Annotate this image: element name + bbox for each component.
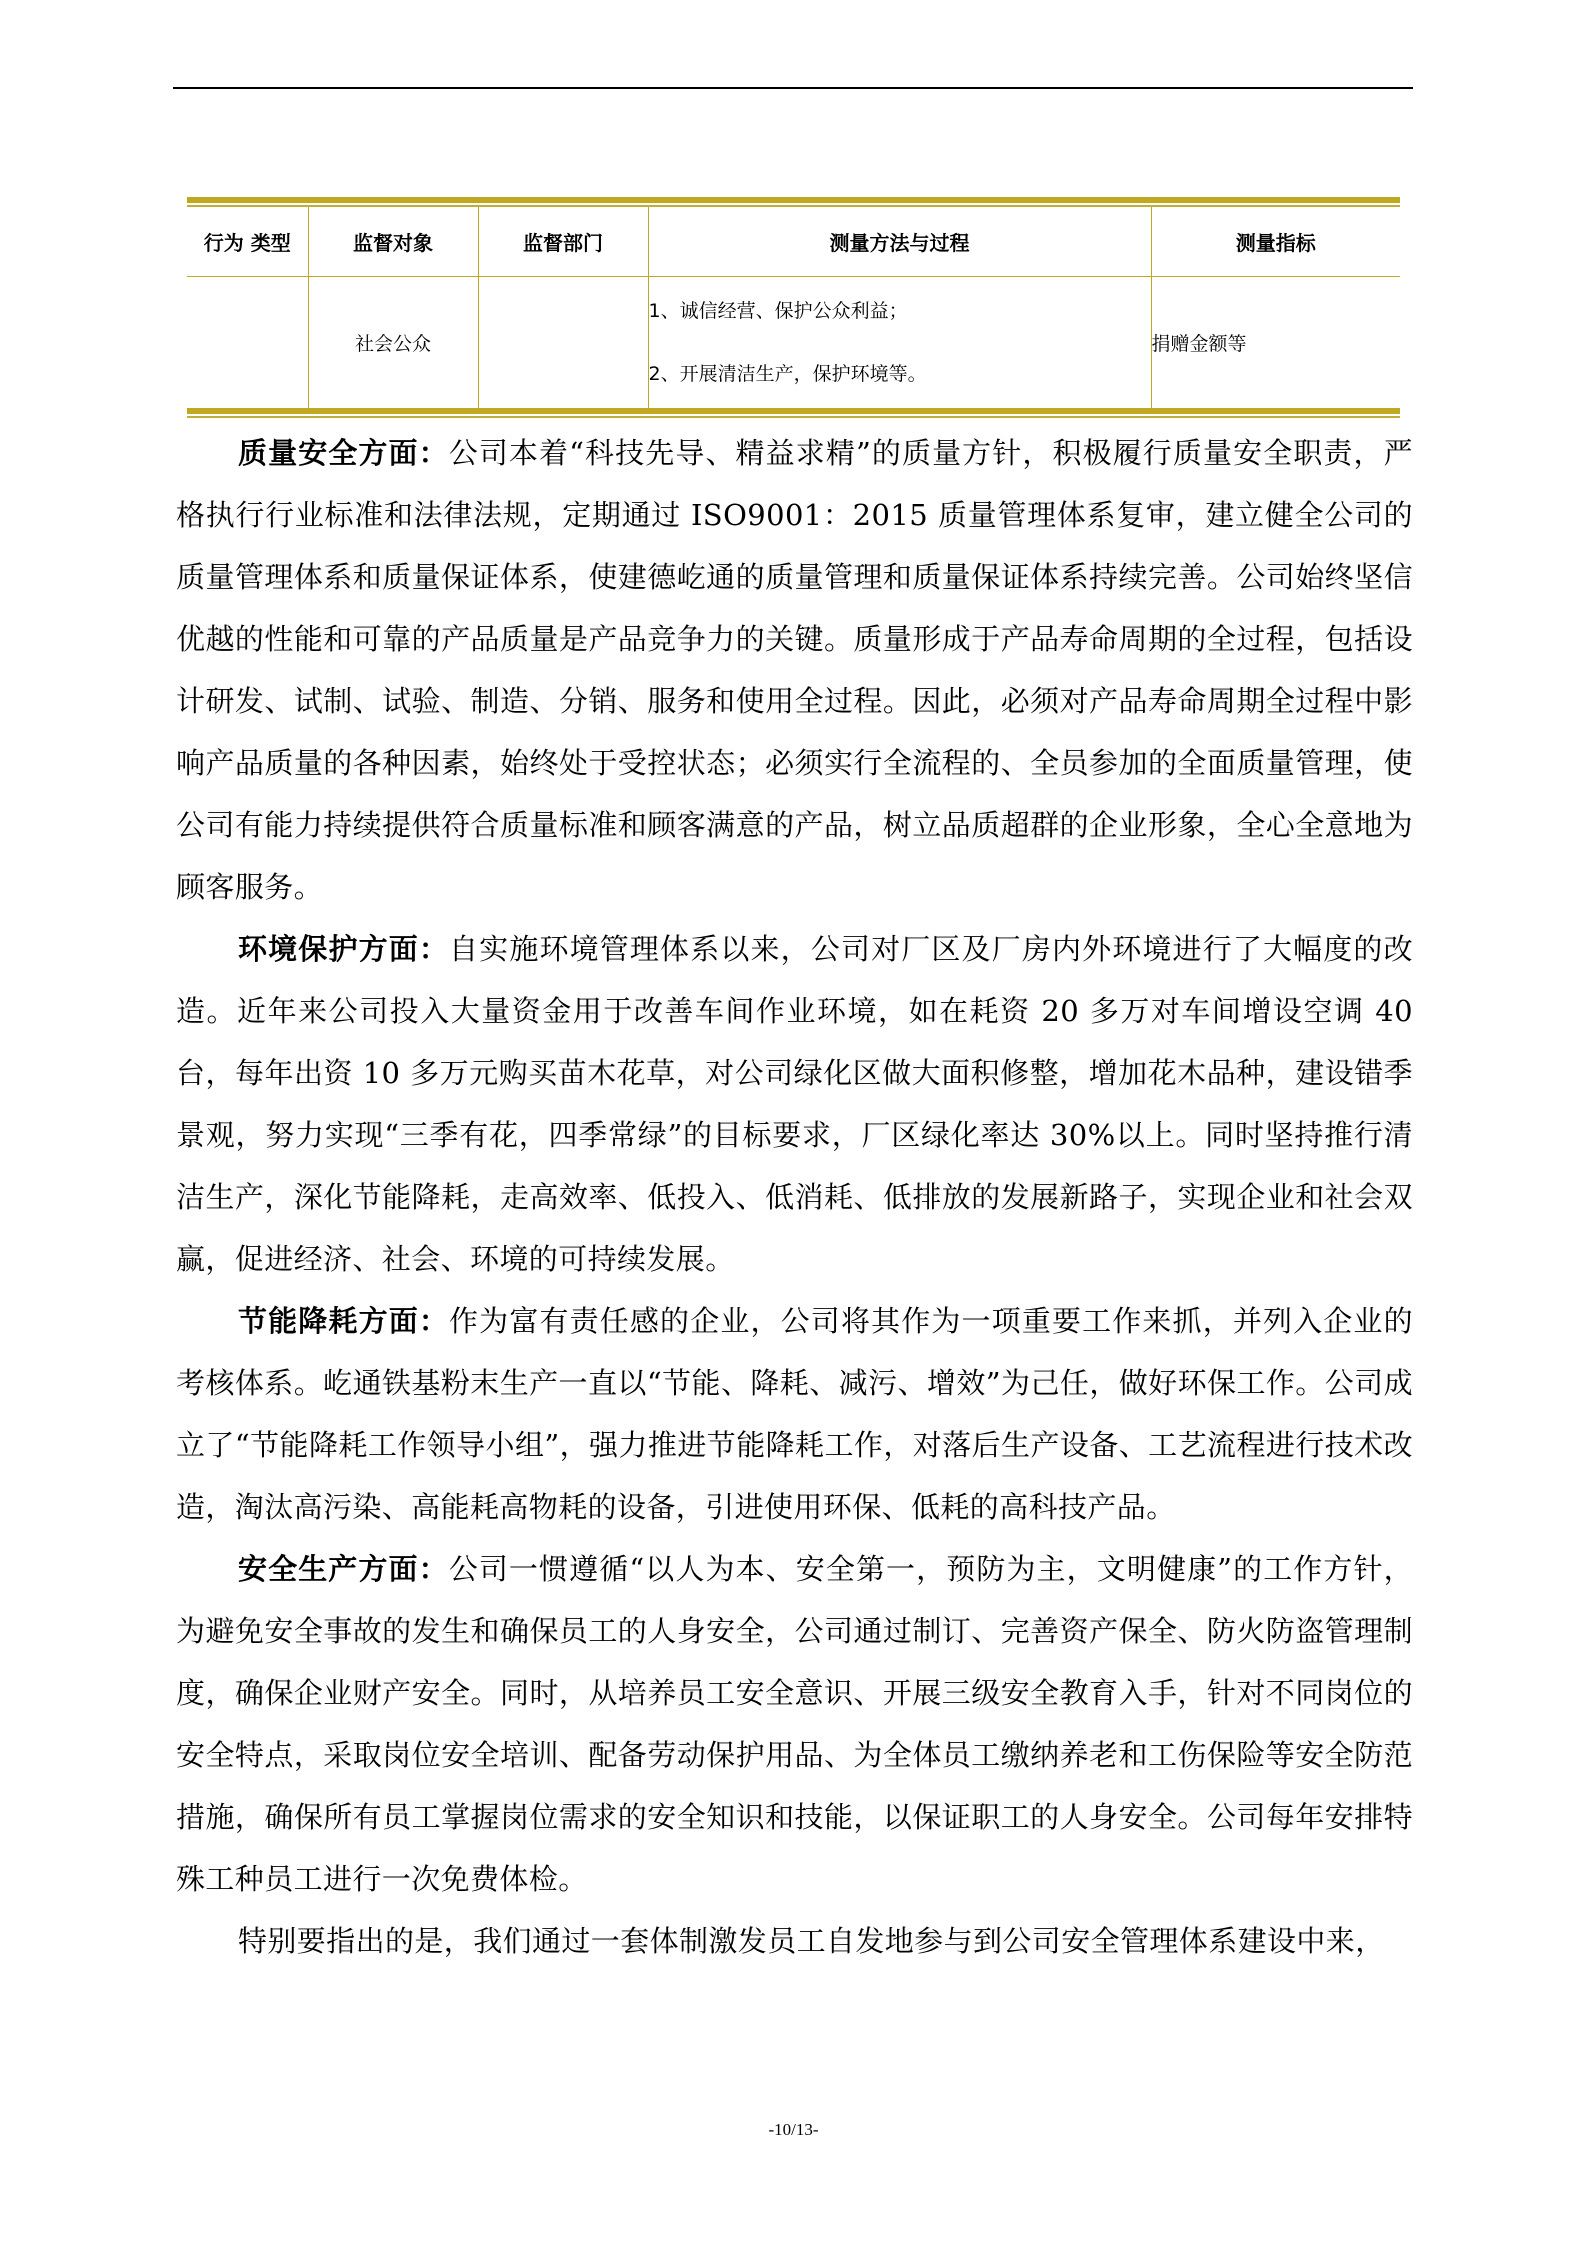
header-metric: 测量指标	[1151, 207, 1400, 277]
body-text: 质量安全方面：公司本着“科技先导、精益求精”的质量方针，积极履行质量安全职责，严…	[176, 422, 1413, 1972]
paragraph-environment: 环境保护方面：自实施环境管理体系以来，公司对厂区及厂房内外环境进行了大幅度的改造…	[176, 918, 1413, 1290]
paragraph-special-note: 特别要指出的是，我们通过一套体制激发员工自发地参与到公司安全管理体系建设中来，	[176, 1910, 1413, 1972]
header-rule	[173, 87, 1413, 89]
cell-supervising-dept	[478, 277, 648, 409]
paragraph-production-safety: 安全生产方面：公司一惯遵循“以人为本、安全第一，预防为主，文明健康”的工作方针，…	[176, 1538, 1413, 1910]
table-row: 社会公众 1、诚信经营、保护公众利益； 2、开展清洁生产，保护环境等。 捐赠金额…	[187, 277, 1400, 409]
table-header-row: 行为 类型 监督对象 监督部门 测量方法与过程 测量指标	[187, 207, 1400, 277]
paragraph-text: 自实施环境管理体系以来，公司对厂区及厂房内外环境进行了大幅度的改造。近年来公司投…	[176, 932, 1413, 1276]
cell-behavior-type	[187, 277, 308, 409]
table-bottom-border	[187, 408, 1400, 414]
header-behavior-type: 行为 类型	[187, 207, 308, 277]
cell-method: 1、诚信经营、保护公众利益； 2、开展清洁生产，保护环境等。	[648, 277, 1151, 409]
header-method: 测量方法与过程	[648, 207, 1151, 277]
paragraph-text: 公司本着“科技先导、精益求精”的质量方针，积极履行质量安全职责，严格执行行业标准…	[176, 436, 1413, 904]
paragraph-lead: 安全生产方面：	[238, 1552, 449, 1586]
paragraph-quality-safety: 质量安全方面：公司本着“科技先导、精益求精”的质量方针，积极履行质量安全职责，严…	[176, 422, 1413, 918]
paragraph-lead: 环境保护方面：	[238, 932, 449, 966]
cell-metric: 捐赠金额等	[1151, 277, 1400, 409]
header-supervised-object: 监督对象	[308, 207, 478, 277]
method-line-2: 2、开展清洁生产，保护环境等。	[649, 343, 1151, 406]
cell-supervised-object: 社会公众	[308, 277, 478, 409]
paragraph-text: 公司一惯遵循“以人为本、安全第一，预防为主，文明健康”的工作方针，为避免安全事故…	[176, 1552, 1413, 1896]
page-number: -10/13-	[0, 2120, 1587, 2140]
paragraph-text: 特别要指出的是，我们通过一套体制激发员工自发地参与到公司安全管理体系建设中来，	[238, 1924, 1385, 1958]
paragraph-energy-saving: 节能降耗方面：作为富有责任感的企业，公司将其作为一项重要工作来抓，并列入企业的考…	[176, 1290, 1413, 1538]
table-top-border	[187, 197, 1400, 203]
method-line-1: 1、诚信经营、保护公众利益；	[649, 280, 1151, 343]
table-bottom-border-thin	[187, 416, 1400, 418]
measurement-table: 行为 类型 监督对象 监督部门 测量方法与过程 测量指标 社会公众 1、诚信经营…	[187, 207, 1400, 408]
header-supervising-dept: 监督部门	[478, 207, 648, 277]
paragraph-lead: 质量安全方面：	[238, 436, 449, 470]
supervision-table: 行为 类型 监督对象 监督部门 测量方法与过程 测量指标 社会公众 1、诚信经营…	[187, 197, 1400, 418]
paragraph-lead: 节能降耗方面：	[238, 1304, 449, 1338]
